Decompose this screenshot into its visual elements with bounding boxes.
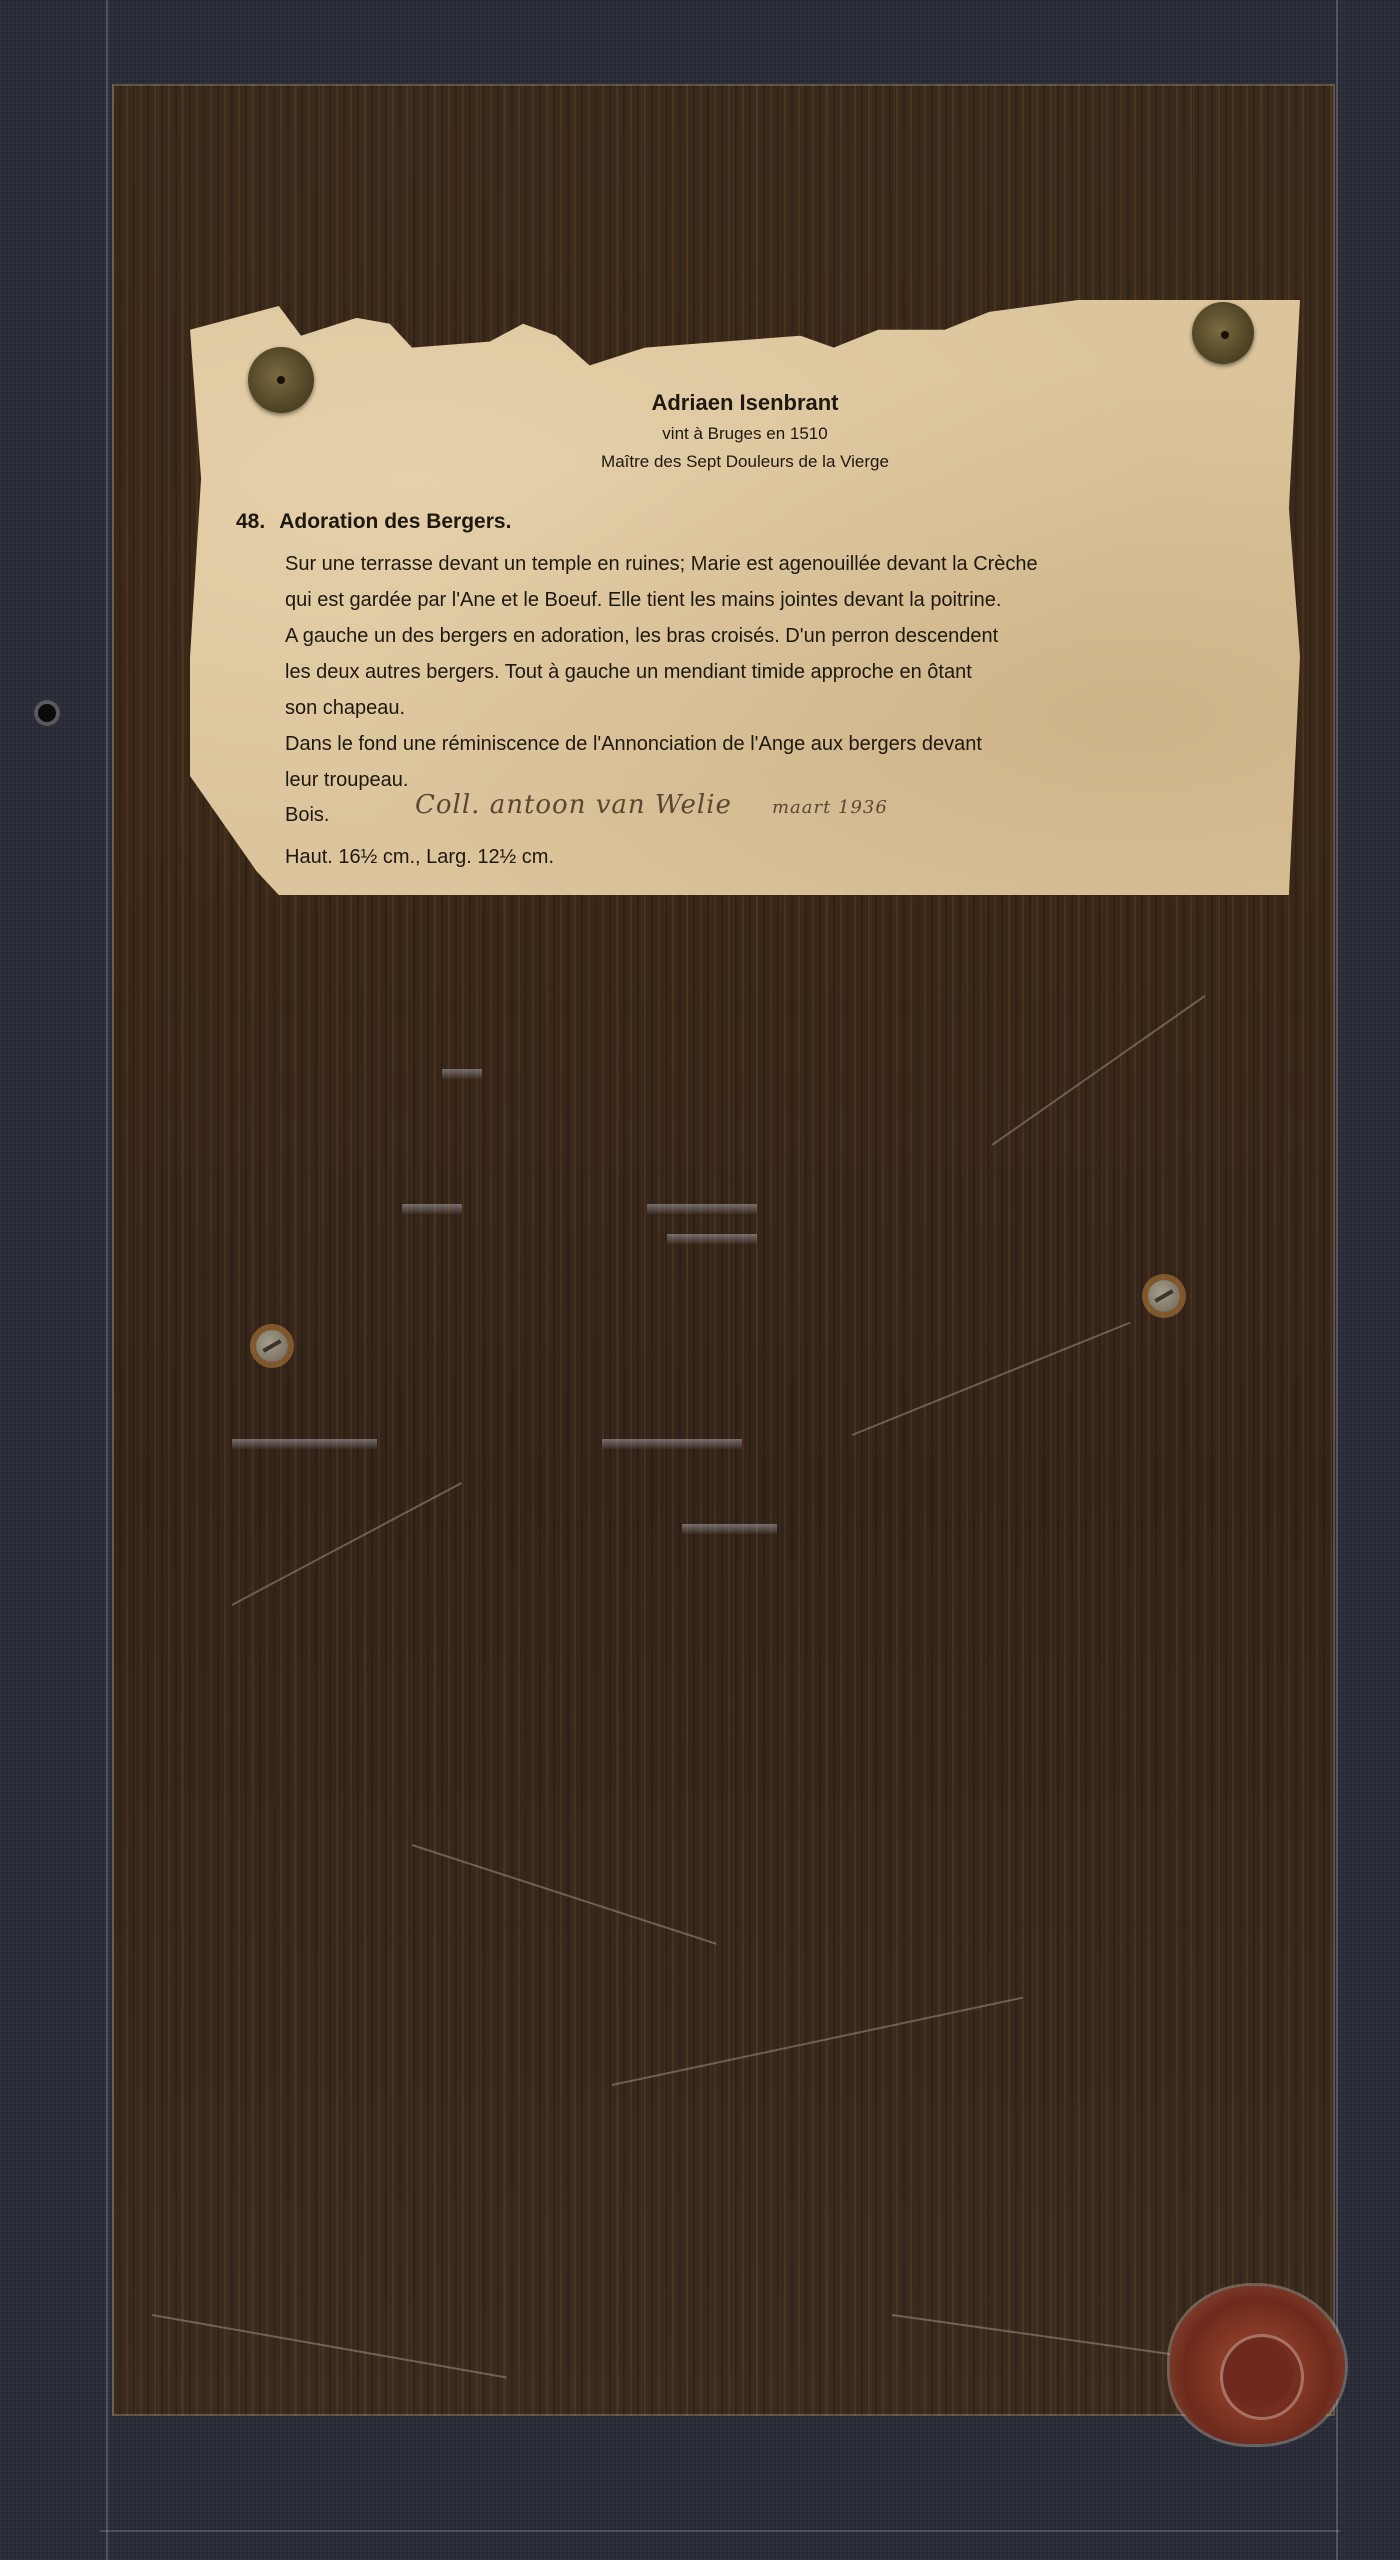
brass-tack-right-icon [1192, 302, 1254, 364]
handwritten-note: Coll. antoon van Welie [415, 790, 732, 820]
description-line: son chapeau. [285, 690, 1185, 726]
chalk-mark [232, 1439, 377, 1449]
artist-note: vint à Bruges en 1510 [190, 424, 1300, 444]
material: Bois. [285, 804, 329, 827]
exhibition-label: Adriaen Isenbrant vint à Bruges en 1510 … [190, 300, 1300, 895]
wax-seal-icon [1170, 2286, 1345, 2444]
artwork-description: Sur une terrasse devant un temple en rui… [285, 546, 1185, 798]
title-text: Adoration des Bergers. [279, 510, 511, 533]
scratch [412, 1844, 717, 1945]
scratch [852, 1322, 1131, 1436]
chalk-mark [602, 1439, 742, 1449]
scratch [612, 1997, 1023, 2086]
scratch [152, 2314, 507, 2378]
dimensions: Haut. 16½ cm., Larg. 12½ cm. [285, 846, 554, 869]
artist-name: Adriaen Isenbrant [190, 390, 1300, 416]
chalk-mark [667, 1234, 757, 1244]
scratch [991, 995, 1205, 1146]
artist-attribution: Maître des Sept Douleurs de la Vierge [190, 452, 1300, 472]
description-line: A gauche un des bergers en adoration, le… [285, 618, 1185, 654]
catalogue-number: 48. [236, 510, 265, 533]
screw-left-icon [256, 1330, 288, 1362]
screw-right-icon [1148, 1280, 1180, 1312]
backing-seam-right [1336, 0, 1338, 2560]
chalk-mark [402, 1204, 462, 1214]
chalk-mark [442, 1069, 482, 1079]
chalk-mark [682, 1524, 777, 1534]
chalk-mark [647, 1204, 757, 1214]
backing-seam-left [106, 0, 108, 2560]
nail-hole [38, 704, 56, 722]
description-line: Sur une terrasse devant un temple en rui… [285, 546, 1185, 582]
artwork-title: 48.Adoration des Bergers. [236, 510, 511, 534]
backing-seam-bottom [100, 2530, 1340, 2532]
description-line: les deux autres bergers. Tout à gauche u… [285, 654, 1185, 690]
brass-tack-left-icon [248, 347, 314, 413]
handwritten-date: maart 1936 [772, 797, 888, 818]
description-line: qui est gardée par l'Ane et le Boeuf. El… [285, 582, 1185, 618]
description-line: Dans le fond une réminiscence de l'Annon… [285, 726, 1185, 762]
handwritten-provenance: Coll. antoon van Weliemaart 1936 [415, 790, 888, 820]
scratch [232, 1482, 463, 1606]
